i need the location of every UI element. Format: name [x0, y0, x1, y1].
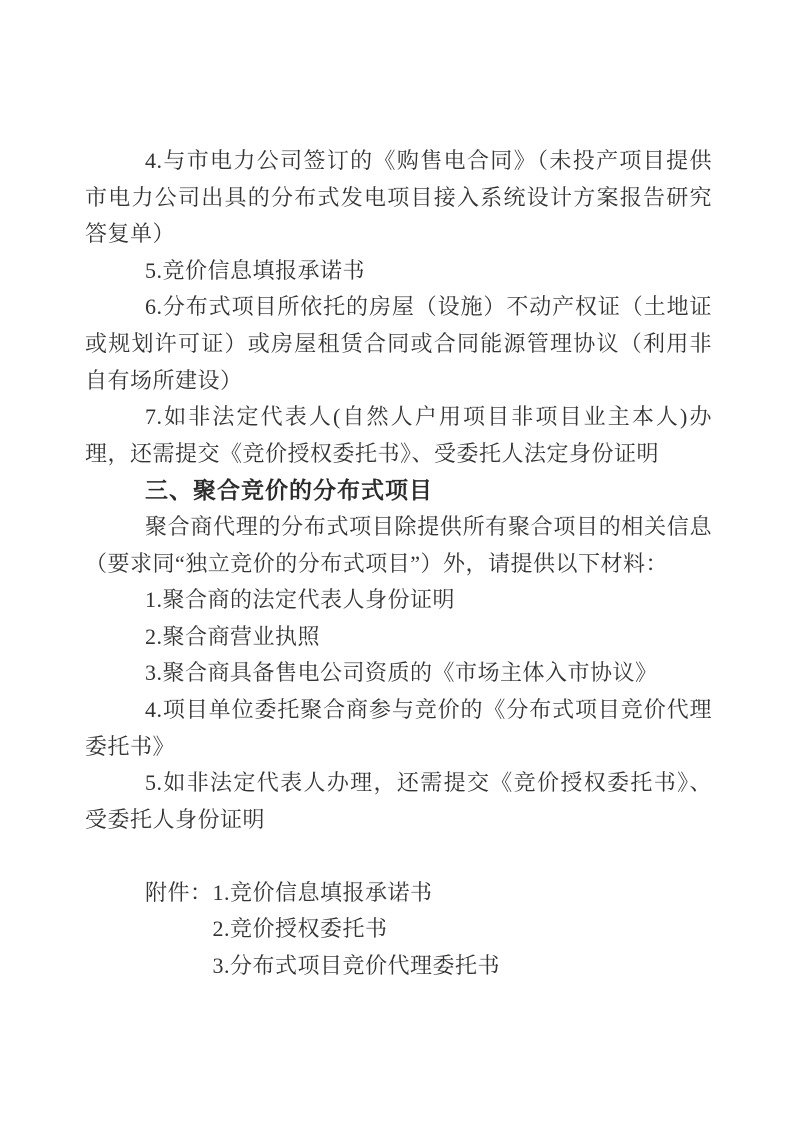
attachment-item-2: 2.竞价授权委托书	[213, 911, 501, 948]
requirement-item-5: 5.竞价信息填报承诺书	[85, 253, 712, 290]
aggregated-item-3: 3.聚合商具备售电公司资质的《市场主体入市协议》	[85, 655, 712, 692]
requirement-item-6: 6.分布式项目所依托的房屋（设施）不动产权证（土地证或规划许可证）或房屋租赁合同…	[85, 289, 712, 399]
attachments-label: 附件：	[145, 875, 213, 912]
attachments-list: 1.竞价信息填报承诺书 2.竞价授权委托书 3.分布式项目竞价代理委托书	[213, 875, 501, 985]
aggregated-item-2: 2.聚合商营业执照	[85, 619, 712, 656]
attachments-block: 附件： 1.竞价信息填报承诺书 2.竞价授权委托书 3.分布式项目竞价代理委托书	[145, 875, 712, 985]
document-page: 4.与市电力公司签订的《购售电合同》（未投产项目提供市电力公司出具的分布式发电项…	[0, 0, 793, 1122]
requirement-item-4: 4.与市电力公司签订的《购售电合同》（未投产项目提供市电力公司出具的分布式发电项…	[85, 143, 712, 253]
document-content: 4.与市电力公司签订的《购售电合同》（未投产项目提供市电力公司出具的分布式发电项…	[85, 143, 712, 985]
section-heading-aggregated-bidding: 三、聚合竞价的分布式项目	[85, 472, 712, 509]
section-intro: 聚合商代理的分布式项目除提供所有聚合项目的相关信息（要求同“独立竞价的分布式项目…	[85, 509, 712, 582]
aggregated-item-5: 5.如非法定代表人办理，还需提交《竞价授权委托书》、受委托人身份证明	[85, 765, 712, 838]
attachment-item-3: 3.分布式项目竞价代理委托书	[213, 948, 501, 985]
requirement-item-7: 7.如非法定代表人(自然人户用项目非项目业主本人)办理，还需提交《竞价授权委托书…	[85, 399, 712, 472]
aggregated-item-1: 1.聚合商的法定代表人身份证明	[85, 582, 712, 619]
attachment-item-1: 1.竞价信息填报承诺书	[213, 875, 501, 912]
aggregated-item-4: 4.项目单位委托聚合商参与竞价的《分布式项目竞价代理委托书》	[85, 692, 712, 765]
blank-line-spacer	[85, 838, 712, 875]
